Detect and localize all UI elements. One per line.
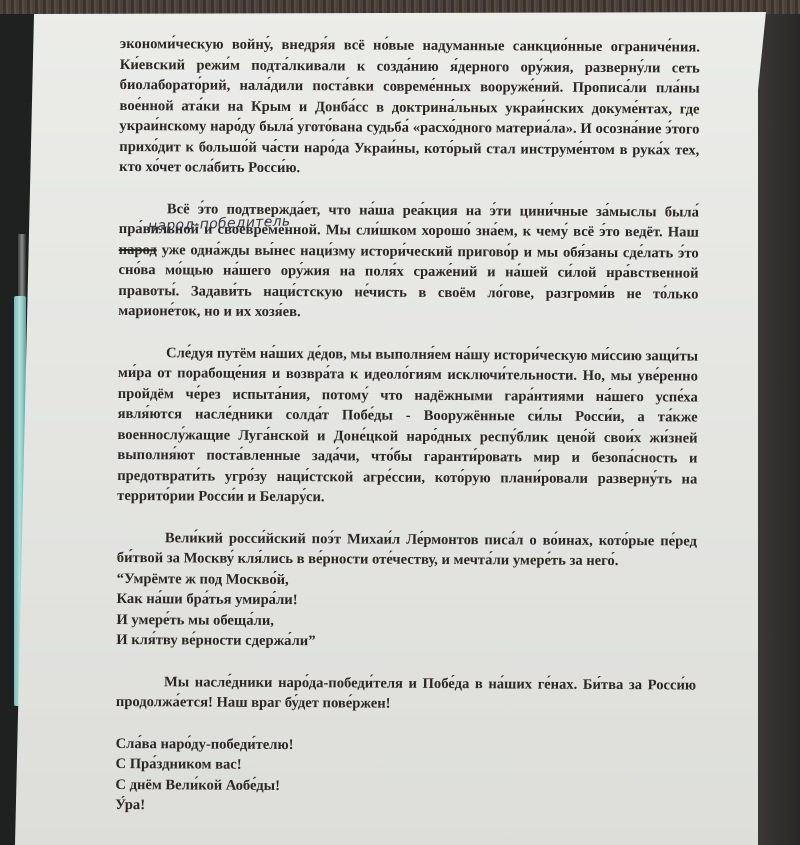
paragraph-5: Мы насле́дники наро́да-победи́теля и Поб…: [116, 671, 696, 716]
paragraph-3: Сле́дуя путём на́ших де́дов, мы выполня́…: [117, 342, 698, 510]
paragraph-1: экономи́ческую войну́, внедря́я всё но́в…: [119, 34, 700, 181]
paragraph-2-rest: уже одна́жды вы́нес наци́зму истори́ческ…: [118, 242, 698, 320]
poem-quote: “Умрёмте ж под Москво́й, Как на́ши бра́т…: [116, 568, 696, 654]
struck-word: народ: [119, 241, 157, 257]
document-body: экономи́ческую войну́, внедря́я всё но́в…: [115, 34, 700, 819]
closing-lines: Сла́ва наро́ду-победи́телю! С Пра́зднико…: [115, 733, 695, 819]
closing-line: С днём Вели́кой Аобе́ды!: [115, 774, 695, 798]
closing-line: С Пра́здником вас!: [115, 754, 695, 778]
paragraph-4: Вели́кий росси́йский поэ́т Михаи́л Ле́рм…: [117, 527, 697, 572]
closing-line: У́ра!: [115, 795, 695, 819]
paragraph-2-start: Наш: [668, 224, 699, 240]
poem-line: Как на́ши бра́тья умира́ли!: [116, 589, 696, 613]
folder-back: [752, 14, 800, 845]
poem-line: И кля́тву ве́рности сдержа́ли”: [116, 630, 696, 654]
